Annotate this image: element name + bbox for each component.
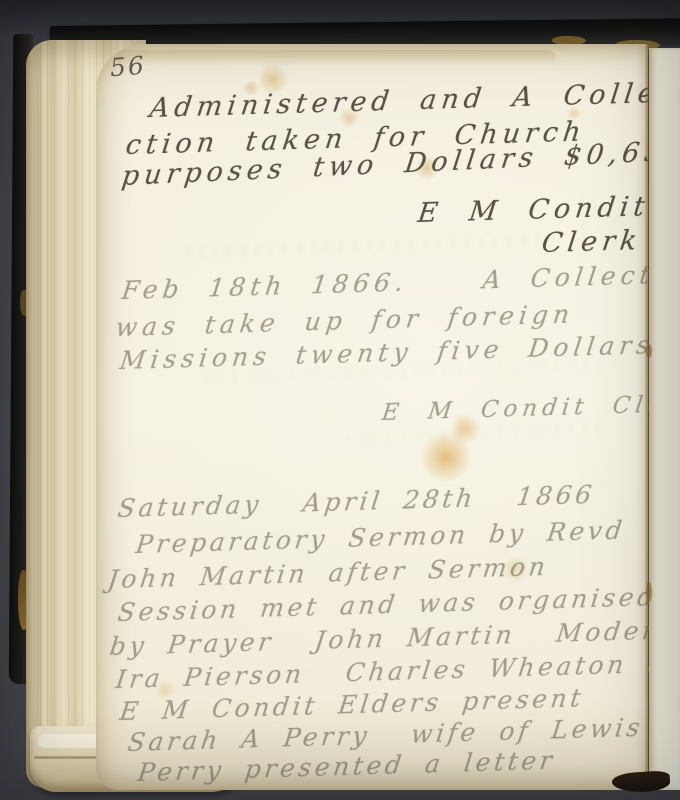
clerk-signature: E M Condit — [416, 193, 651, 227]
facing-page-sliver — [649, 48, 680, 790]
under-page-step — [116, 50, 556, 66]
page-number: 56 — [109, 51, 147, 82]
clerk-title: Clerk — [540, 227, 643, 257]
clerk-signature: E M Condit Clerk — [381, 392, 680, 425]
handwriting-line: Saturday April 28th 1866 — [116, 482, 596, 521]
handwriting-line: Feb 18th 1866. A Collection — [120, 261, 680, 304]
crease-wear-mark — [646, 344, 652, 358]
photo-of-ledger: 56 Administered and A Colle ction taken … — [0, 0, 680, 800]
ledger-page: 56 Administered and A Colle ction taken … — [96, 44, 648, 790]
foxing-stain — [418, 432, 474, 482]
handwriting-line: Preparatory Sermon by Revd — [134, 517, 627, 557]
crease-wear-mark — [646, 582, 652, 602]
ink-show-through — [186, 234, 546, 259]
